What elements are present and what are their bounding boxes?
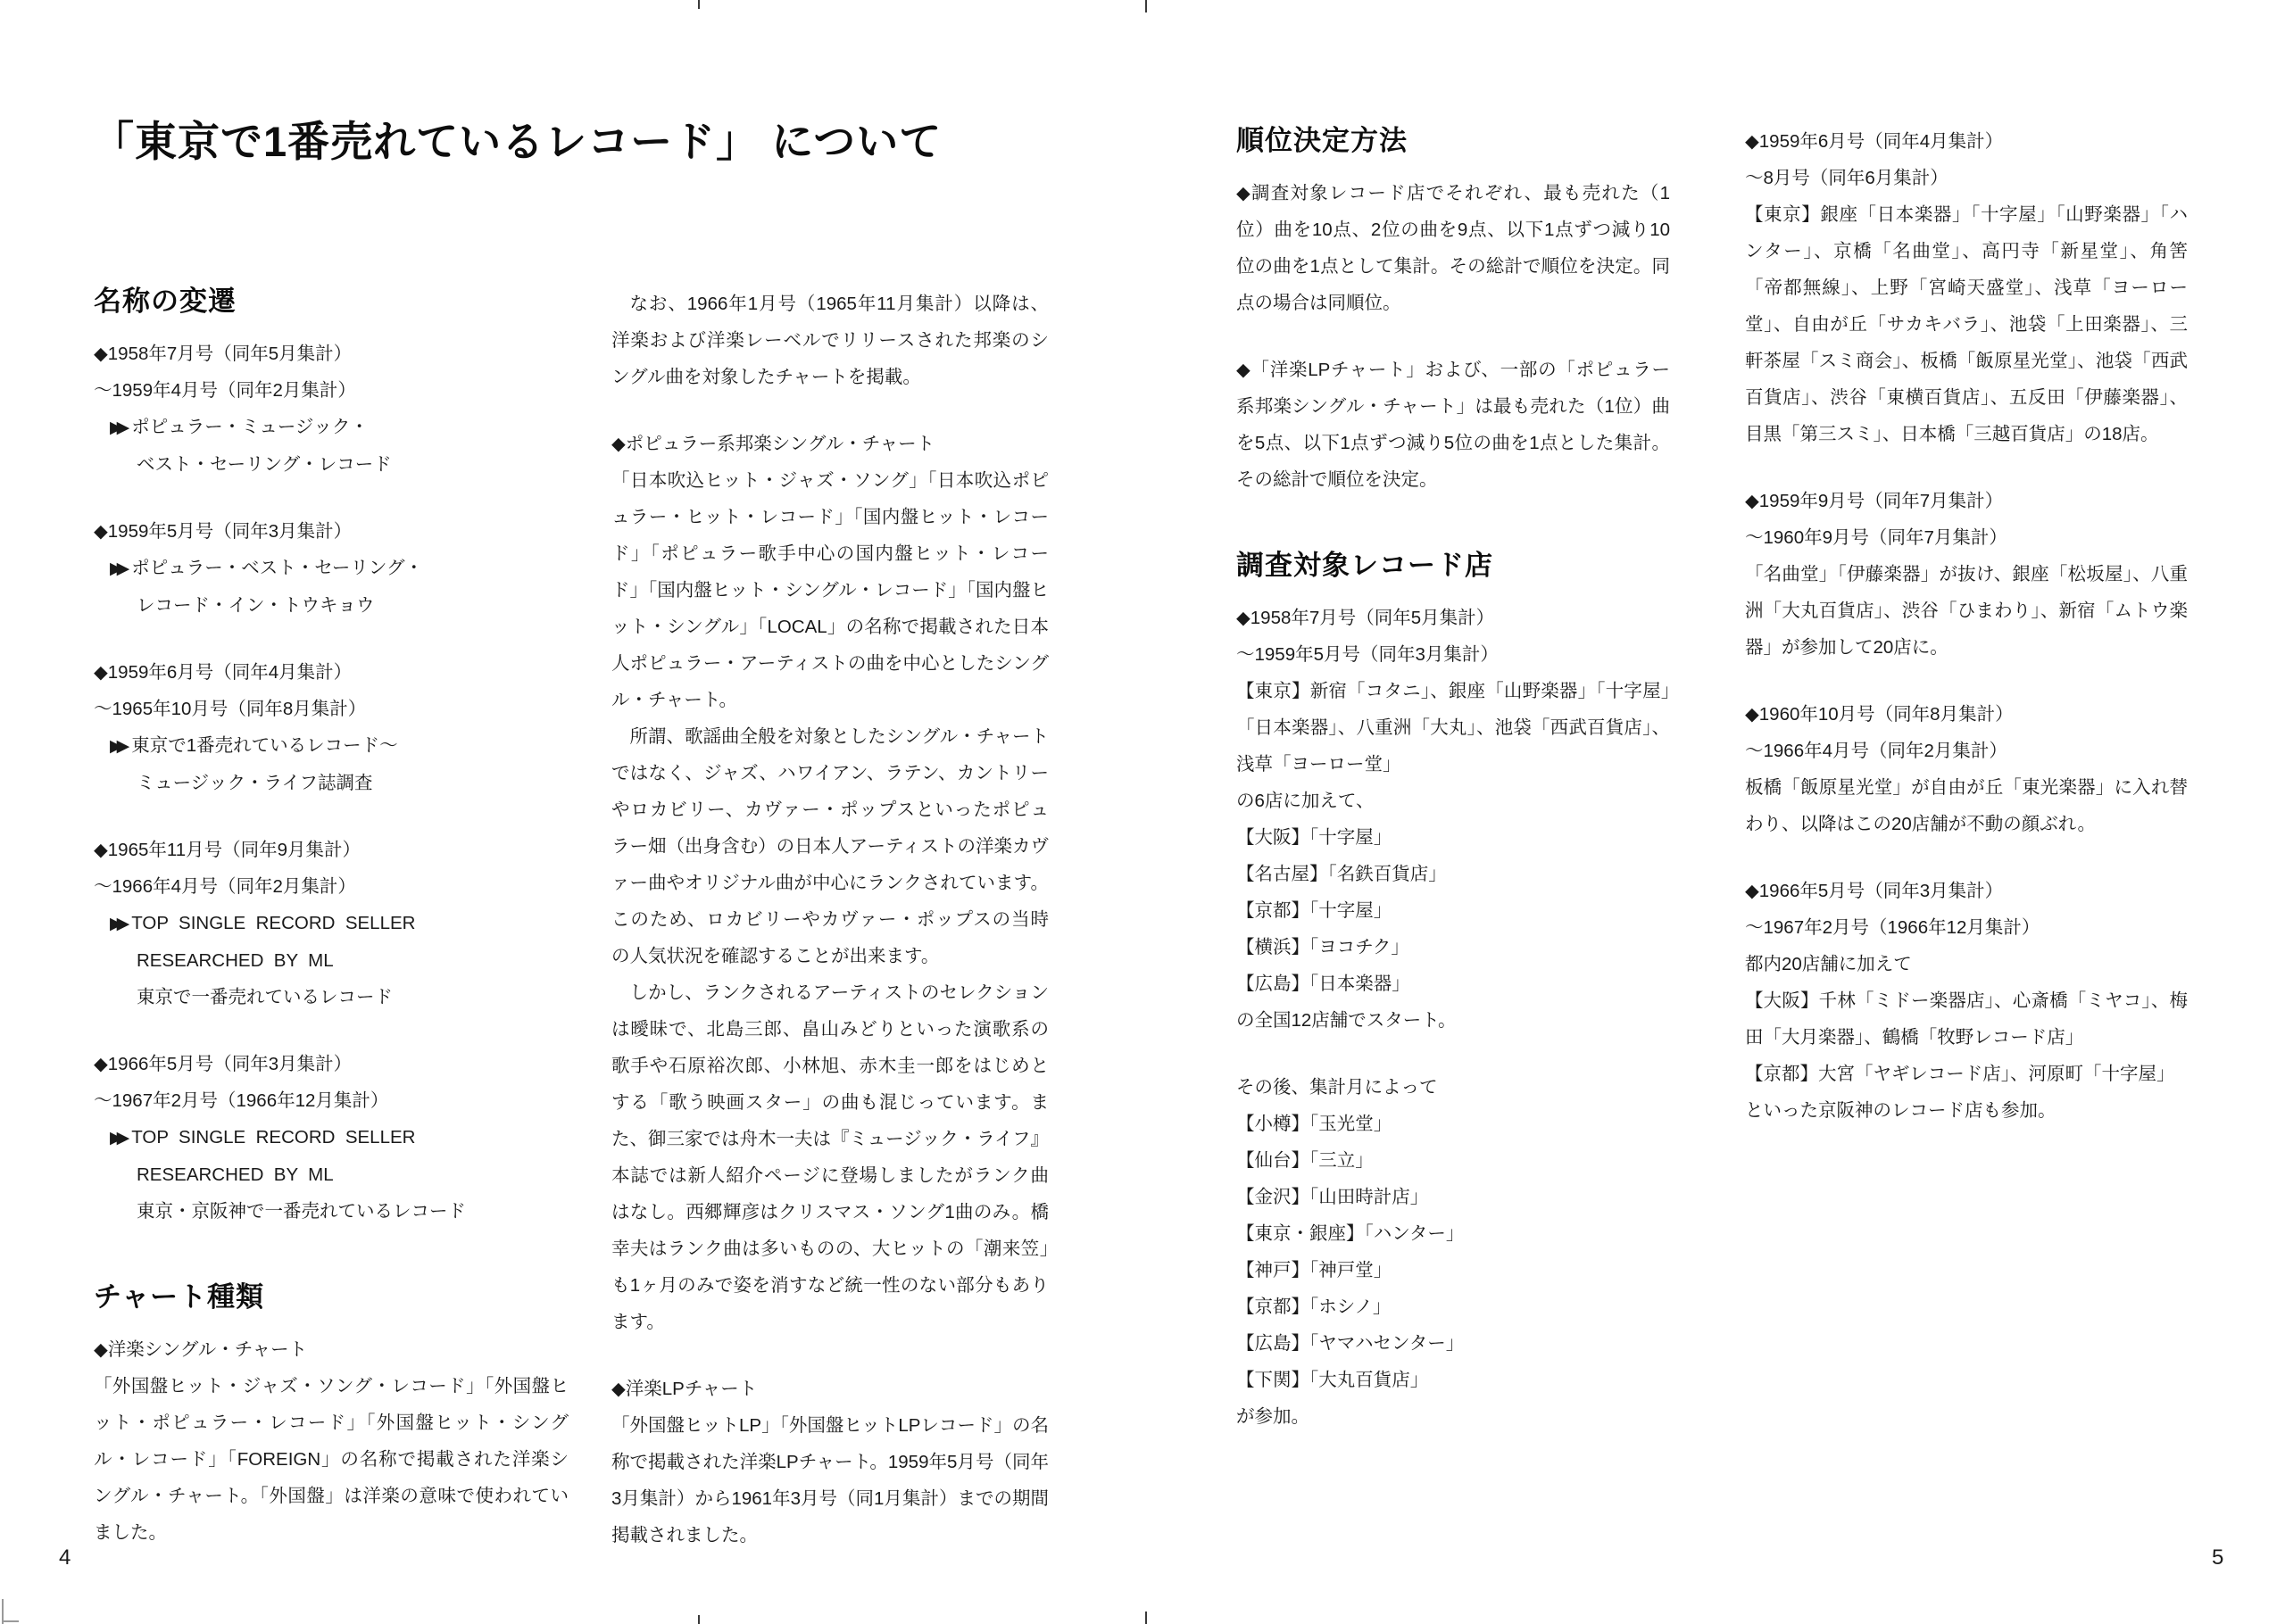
spacer	[1745, 666, 2188, 696]
text-line: ～1967年2月号（1966年12月集計）	[94, 1082, 569, 1119]
text-line: 【広島】「日本楽器」	[1236, 965, 1670, 1002]
text-line: ポピュラー・ミュージック・	[131, 417, 369, 437]
text-line: 【京都】「ホシノ」	[1236, 1288, 1670, 1325]
spacer	[611, 395, 1049, 426]
crop-mark-top-fold	[1145, 0, 1147, 12]
text-line: といった京阪神のレコード店も参加。	[1745, 1092, 2188, 1129]
text-line: 【大阪】「十字屋」	[1236, 819, 1670, 856]
text-line: 【京都】大宮「ヤギレコード店」、河原町「十字屋」	[1745, 1056, 2188, 1092]
text-line: しかし、ランクされるアーティストのセレクションは曖昧で、北島三郎、畠山みどりとい…	[611, 974, 1049, 1340]
double-right-arrow-icon: ▶▶	[110, 915, 123, 933]
text-line: 「日本吹込ヒット・ジャズ・ソング」「日本吹込ポピュラー・ヒット・レコード」「国内…	[611, 462, 1049, 718]
text-line: の全国12店舗でスタート。	[1236, 1002, 1670, 1039]
text-line: ～1966年4月号（同年2月集計）	[94, 868, 569, 905]
text-line: ポピュラー・ベスト・セーリング・	[131, 558, 423, 578]
text-line: 「外国盤ヒットLP」「外国盤ヒットLPレコード」の名称で掲載された洋楽LPチャー…	[611, 1407, 1049, 1554]
text-line: 【横浜】「ヨコチク」	[1236, 929, 1670, 965]
text-line: ～1966年4月号（同年2月集計）	[1745, 733, 2188, 769]
spacer	[94, 483, 569, 513]
page-number-left: 4	[59, 1545, 71, 1570]
text-line: 【金沢】「山田時計店」	[1236, 1179, 1670, 1215]
text-line: 東京で一番売れているレコード	[94, 979, 569, 1015]
text-line: ◆1965年11月号（同年9月集計）	[94, 832, 569, 868]
text-line: ◆1959年9月号（同年7月集計）	[1745, 483, 2188, 519]
text-line: 【名古屋】「名鉄百貨店」	[1236, 856, 1670, 892]
text-line: ◆1966年5月号（同年3月集計）	[1745, 873, 2188, 909]
spacer	[1745, 452, 2188, 483]
section-heading: チャート種類	[94, 1280, 569, 1315]
spacer	[94, 624, 569, 654]
text-line: 東京で1番売れているレコード～	[131, 735, 397, 756]
column-chart-notes: なお、1966年1月号（1965年11月集計）以降は、洋楽および洋楽レーベルでリ…	[611, 286, 1049, 1554]
text-line: 【東京】銀座「日本楽器」「十字屋」「山野楽器」「ハンター」、京橋「名曲堂」、高円…	[1745, 196, 2188, 452]
text-line: ◆洋楽LPチャート	[611, 1371, 1049, 1407]
text-line: ◆1959年6月号（同年4月集計）	[94, 654, 569, 691]
text-line: ▶▶TOP SINGLE RECORD SELLER	[94, 1119, 569, 1156]
text-line: ◆1958年7月号（同年5月集計）	[94, 336, 569, 372]
text-line: 【広島】「ヤマハセンター」	[1236, 1325, 1670, 1362]
column-name-history: 名称の変遷◆1958年7月号（同年5月集計）～1959年4月号（同年2月集計）▶…	[94, 284, 569, 1551]
text-line: の6店に加えて、	[1236, 783, 1670, 819]
text-line: 【京都】「十字屋」	[1236, 892, 1670, 929]
page-title: 「東京で1番売れているレコード」 について	[92, 109, 942, 169]
text-line: RESEARCHED BY ML	[94, 1156, 569, 1193]
text-line: ～1959年4月号（同年2月集計）	[94, 372, 569, 409]
text-line: 【仙台】「三立」	[1236, 1142, 1670, 1179]
text-line: ～1965年10月号（同年8月集計）	[94, 691, 569, 727]
text-line: ◆1958年7月号（同年5月集計）	[1236, 600, 1670, 636]
text-line: ◆1959年6月号（同年4月集計）	[1745, 123, 2188, 160]
text-line: ◆調査対象レコード店でそれぞれ、最も売れた（1位）曲を10点、2位の曲を9点、以…	[1236, 175, 1670, 321]
double-right-arrow-icon: ▶▶	[110, 1129, 123, 1148]
spacer	[1745, 842, 2188, 873]
section-heading: 順位決定方法	[1236, 123, 1670, 159]
text-line: なお、1966年1月号（1965年11月集計）以降は、洋楽および洋楽レーベルでリ…	[611, 286, 1049, 395]
page-number-right: 5	[2212, 1545, 2223, 1570]
spacer	[1236, 321, 1670, 352]
spacer	[611, 1340, 1049, 1371]
text-line: 「外国盤ヒット・ジャズ・ソング・レコード」「外国盤ヒット・ポピュラー・レコード」…	[94, 1368, 569, 1551]
text-line: ▶▶東京で1番売れているレコード～	[94, 727, 569, 765]
text-line: レコード・イン・トウキョウ	[94, 587, 569, 624]
text-line: ミュージック・ライフ誌調査	[94, 765, 569, 801]
crop-mark-corner-horizontal	[2, 1620, 19, 1622]
text-line: TOP SINGLE RECORD SELLER	[131, 913, 415, 933]
text-line: ◆1960年10月号（同年8月集計）	[1745, 696, 2188, 733]
text-line: ▶▶ポピュラー・ベスト・セーリング・	[94, 550, 569, 587]
text-line: TOP SINGLE RECORD SELLER	[131, 1127, 415, 1148]
text-line: その後、集計月によって	[1236, 1069, 1670, 1106]
column-ranking-method: 順位決定方法◆調査対象レコード店でそれぞれ、最も売れた（1位）曲を10点、2位の…	[1236, 123, 1670, 1435]
text-line: 「名曲堂」「伊藤楽器」が抜け、銀座「松坂屋」、八重洲「大丸百貨店」、渋谷「ひまわ…	[1745, 556, 2188, 666]
double-right-arrow-icon: ▶▶	[110, 737, 123, 756]
text-line: 東京・京阪神で一番売れているレコード	[94, 1193, 569, 1230]
text-line: RESEARCHED BY ML	[94, 942, 569, 979]
text-line: ◆1966年5月号（同年3月集計）	[94, 1046, 569, 1082]
text-line: 【東京】新宿「コタニ」、銀座「山野楽器」「十字屋」「日本楽器」、八重洲「大丸」、…	[1236, 673, 1670, 783]
text-line: が参加。	[1236, 1398, 1670, 1435]
text-line: ～1960年9月号（同年7月集計）	[1745, 519, 2188, 556]
crop-mark-bottom-fold	[1145, 1612, 1147, 1624]
text-line: 【下関】「大丸百貨店」	[1236, 1362, 1670, 1398]
book-spread: 「東京で1番売れているレコード」 について 名称の変遷◆1958年7月号（同年5…	[0, 0, 2285, 1624]
text-line: ◆「洋楽LPチャート」および、一部の「ポピュラー系邦楽シングル・チャート」は最も…	[1236, 352, 1670, 498]
section-heading: 調査対象レコード店	[1236, 548, 1670, 584]
text-line: ▶▶TOP SINGLE RECORD SELLER	[94, 905, 569, 942]
text-line: 【大阪】千林「ミドー楽器店」、心斎橋「ミヤコ」、梅田「大月楽器」、鶴橋「牧野レコ…	[1745, 982, 2188, 1056]
section-heading: 名称の変遷	[94, 284, 569, 319]
text-line: 都内20店舗に加えて	[1745, 946, 2188, 982]
column-survey-shops: ◆1959年6月号（同年4月集計）～8月号（同年6月集計）【東京】銀座「日本楽器…	[1745, 123, 2188, 1129]
text-line: ベスト・セーリング・レコード	[94, 446, 569, 483]
text-line: ～8月号（同年6月集計）	[1745, 160, 2188, 196]
text-line: 【神戸】「神戸堂」	[1236, 1252, 1670, 1288]
text-line: 【東京・銀座】「ハンター」	[1236, 1215, 1670, 1252]
text-line: ◆ポピュラー系邦楽シングル・チャート	[611, 426, 1049, 462]
crop-mark-top-third	[698, 0, 700, 9]
text-line: 【小樽】「玉光堂」	[1236, 1106, 1670, 1142]
double-right-arrow-icon: ▶▶	[110, 559, 123, 578]
spacer	[1236, 1039, 1670, 1069]
double-right-arrow-icon: ▶▶	[110, 418, 123, 437]
text-line: 所謂、歌謡曲全般を対象としたシングル・チャートではなく、ジャズ、ハワイアン、ラテ…	[611, 718, 1049, 974]
text-line: ▶▶ポピュラー・ミュージック・	[94, 409, 569, 446]
spacer	[94, 1015, 569, 1046]
crop-mark-bottom-third	[698, 1615, 700, 1624]
text-line: ◆洋楽シングル・チャート	[94, 1331, 569, 1368]
text-line: ◆1959年5月号（同年3月集計）	[94, 513, 569, 550]
text-line: ～1959年5月号（同年3月集計）	[1236, 636, 1670, 673]
text-line: ～1967年2月号（1966年12月集計）	[1745, 909, 2188, 946]
spacer	[94, 801, 569, 832]
text-line: 板橋「飯原星光堂」が自由が丘「東光楽器」に入れ替わり、以降はこの20店舗が不動の…	[1745, 769, 2188, 842]
